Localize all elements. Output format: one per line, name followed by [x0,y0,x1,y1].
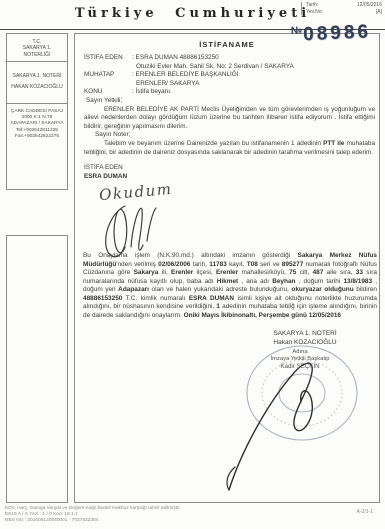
field-label: İSTİFA EDEN [84,54,132,63]
notary-name-side: HAKAN KOZACIOĞLU [7,82,67,93]
field-row: MUHATAP: ERENLER BELEDİYE BAŞKANLIĞI [84,71,375,80]
handwritten-okudum: Okudum [98,180,173,204]
deputy-name: Kadir SEÇKİN [215,363,385,370]
document-body-box: İSTİFANAME №08986 İSTİFA EDEN: ESRA DUMA… [74,33,380,503]
footer-notes: KDV, Harç, Damga Vergisi ve Değerli Kağı… [5,506,181,524]
salutation-notary: Sayın Noter; [95,131,375,140]
address-line: ADAPAZARI / SAKARYA [7,121,67,127]
notary-title-side: SAKARYA 1. NOTERİ [7,71,67,82]
office-line: NOTERLİĞİ [7,52,67,58]
address-box: ÇARK CADDESİ PASAJ 2000 K:1 N:78 ADAPAZA… [6,103,68,190]
field-value: : İstifa beyanı. [132,88,172,95]
request-paragraph: Talebim ve beyanım üzerine Dairenizde ya… [84,140,375,157]
numero-icon: № [291,25,303,36]
header-meta: Tarih: 12/05/2016 Yev.No: [A] [301,2,382,15]
signer-label: İSTİFA EDEN [84,164,375,173]
field-row: İSTİFA EDEN: ESRA DUMAN 48886153250 [84,54,375,63]
document-number: 08986 [303,21,372,45]
scanned-notary-document: Türkiye Cumhuriyeti Tarih: 12/05/2016 Ye… [0,0,385,529]
field-label: MUHATAP [84,71,132,80]
resignation-paragraph: ERENLER BELEDİYE AK PARTİ Meclis Üyeliği… [84,106,375,132]
fax-line: Fax:+902642822275 [7,134,67,140]
yev-value: [A] [376,9,382,16]
notary-office-box: T.C. SAKARYA 1. NOTERLİĞİ [6,33,68,62]
deputy-signer-block: Adına İmzaya Yetkili Başkatip Kadir SEÇK… [215,349,385,370]
yev-label: Yev.No: [306,9,323,16]
signer-name: ESRA DUMAN [84,173,375,182]
document-number-stamp: №08986 [291,21,372,46]
blank-side-box [6,235,68,503]
document-content: İSTİFA EDEN: ESRA DUMAN 48886153250 Otuz… [84,54,375,181]
field-label: KONU [84,88,132,97]
page-ref: A-2/1-1 [357,509,373,515]
footer-nbs-line: NBS NO : 201605120540001 - 7037832384 [5,518,181,524]
notary-name-box: SAKARYA 1. NOTERİ HAKAN KOZACIOĞLU [6,61,68,104]
field-extra: Otuziki Evler Mah. Sahil Sk. No: 2 Serdi… [136,63,375,72]
deputy-title: İmzaya Yetkili Başkatip [215,356,385,363]
notary-approval-paragraph: Bu Onaylama işlem (N.K.90.md.) altındaki… [83,252,377,320]
field-value: : ERENLER BELEDİYE BAŞKANLIĞI [132,71,239,78]
field-value: : ESRA DUMAN 48886153250 [132,54,219,61]
field-row: KONU: İstifa beyanı. [84,88,375,97]
yev-row: Yev.No: [A] [306,9,382,16]
salutation-official: Sayın Yetkili; [86,97,375,106]
deputy-line: Adına [215,349,385,356]
